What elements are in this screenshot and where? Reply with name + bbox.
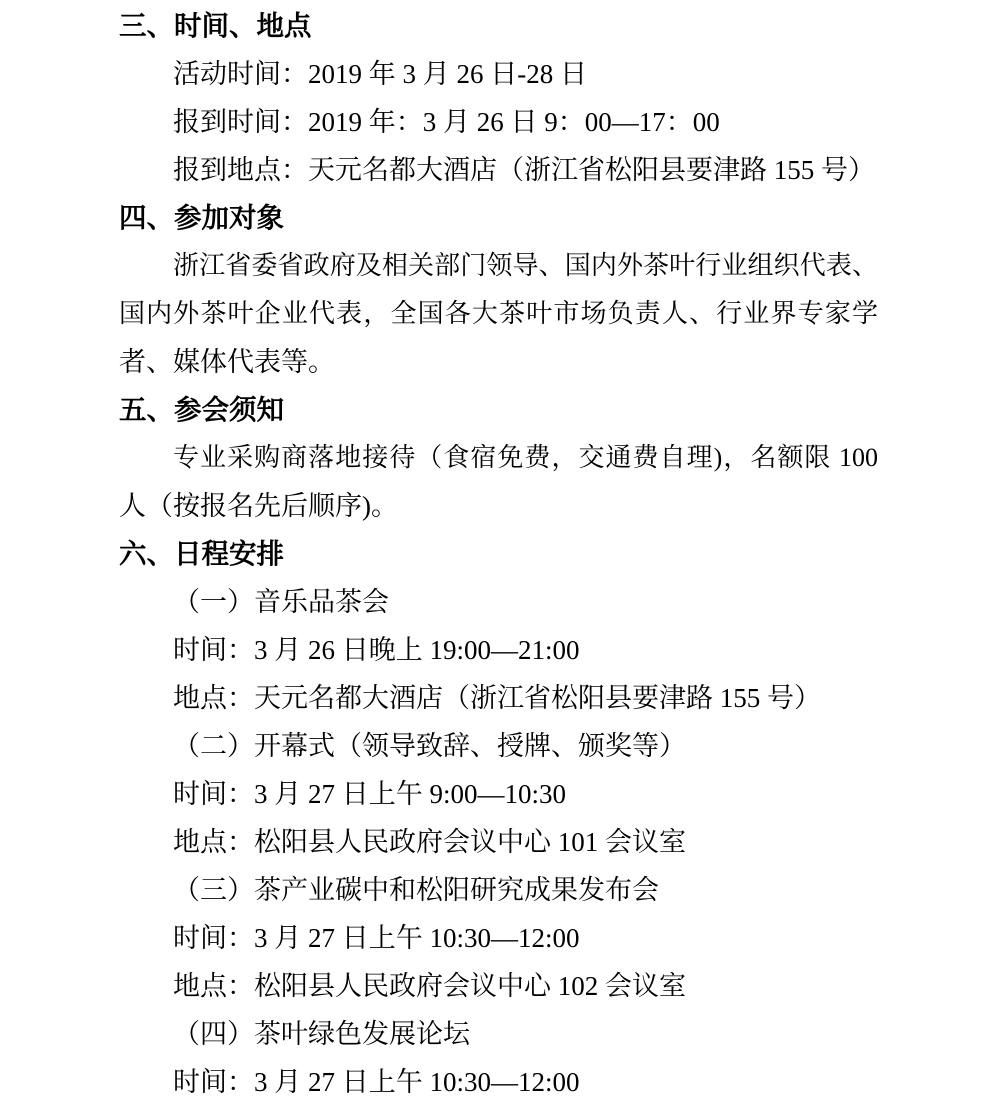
paragraph-participants-line-2: 国内外茶叶企业代表，全国各大茶叶市场负责人、行业界专家学 [119, 290, 878, 338]
heading-schedule: 六、日程安排 [119, 530, 878, 578]
heading-participants: 四、参加对象 [119, 194, 878, 242]
paragraph-notice-line-1: 专业采购商落地接待（食宿免费，交通费自理)，名额限 100 [119, 434, 878, 482]
paragraph-participants-line-3: 者、媒体代表等。 [119, 338, 878, 386]
schedule-item-2-location: 地点：松阳县人民政府会议中心 101 会议室 [119, 818, 878, 866]
schedule-item-3-location: 地点：松阳县人民政府会议中心 102 会议室 [119, 962, 878, 1010]
schedule-item-2-title: （二）开幕式（领导致辞、授牌、颁奖等） [119, 722, 878, 770]
schedule-item-3-title: （三）茶产业碳中和松阳研究成果发布会 [119, 866, 878, 914]
schedule-item-2-time: 时间：3 月 27 日上午 9:00—10:30 [119, 770, 878, 818]
paragraph-notice-line-2: 人（按报名先后顺序)。 [119, 482, 878, 530]
schedule-item-4-title: （四）茶叶绿色发展论坛 [119, 1010, 878, 1058]
document-page: 三、时间、地点 活动时间：2019 年 3 月 26 日-28 日 报到时间：2… [0, 0, 998, 1110]
heading-attendance-notice: 五、参会须知 [119, 386, 878, 434]
line-activity-time: 活动时间：2019 年 3 月 26 日-28 日 [119, 50, 878, 98]
schedule-item-1-location: 地点：天元名都大酒店（浙江省松阳县要津路 155 号） [119, 674, 878, 722]
schedule-item-1-time: 时间：3 月 26 日晚上 19:00—21:00 [119, 626, 878, 674]
line-registration-time: 报到时间：2019 年：3 月 26 日 9：00—17：00 [119, 98, 878, 146]
schedule-item-3-time: 时间：3 月 27 日上午 10:30—12:00 [119, 914, 878, 962]
line-registration-location: 报到地点：天元名都大酒店（浙江省松阳县要津路 155 号） [119, 146, 878, 194]
paragraph-participants-line-1: 浙江省委省政府及相关部门领导、国内外茶叶行业组织代表、 [119, 242, 878, 290]
heading-time-location: 三、时间、地点 [119, 2, 878, 50]
schedule-item-1-title: （一）音乐品茶会 [119, 578, 878, 626]
schedule-item-4-time: 时间：3 月 27 日上午 10:30—12:00 [119, 1058, 878, 1106]
